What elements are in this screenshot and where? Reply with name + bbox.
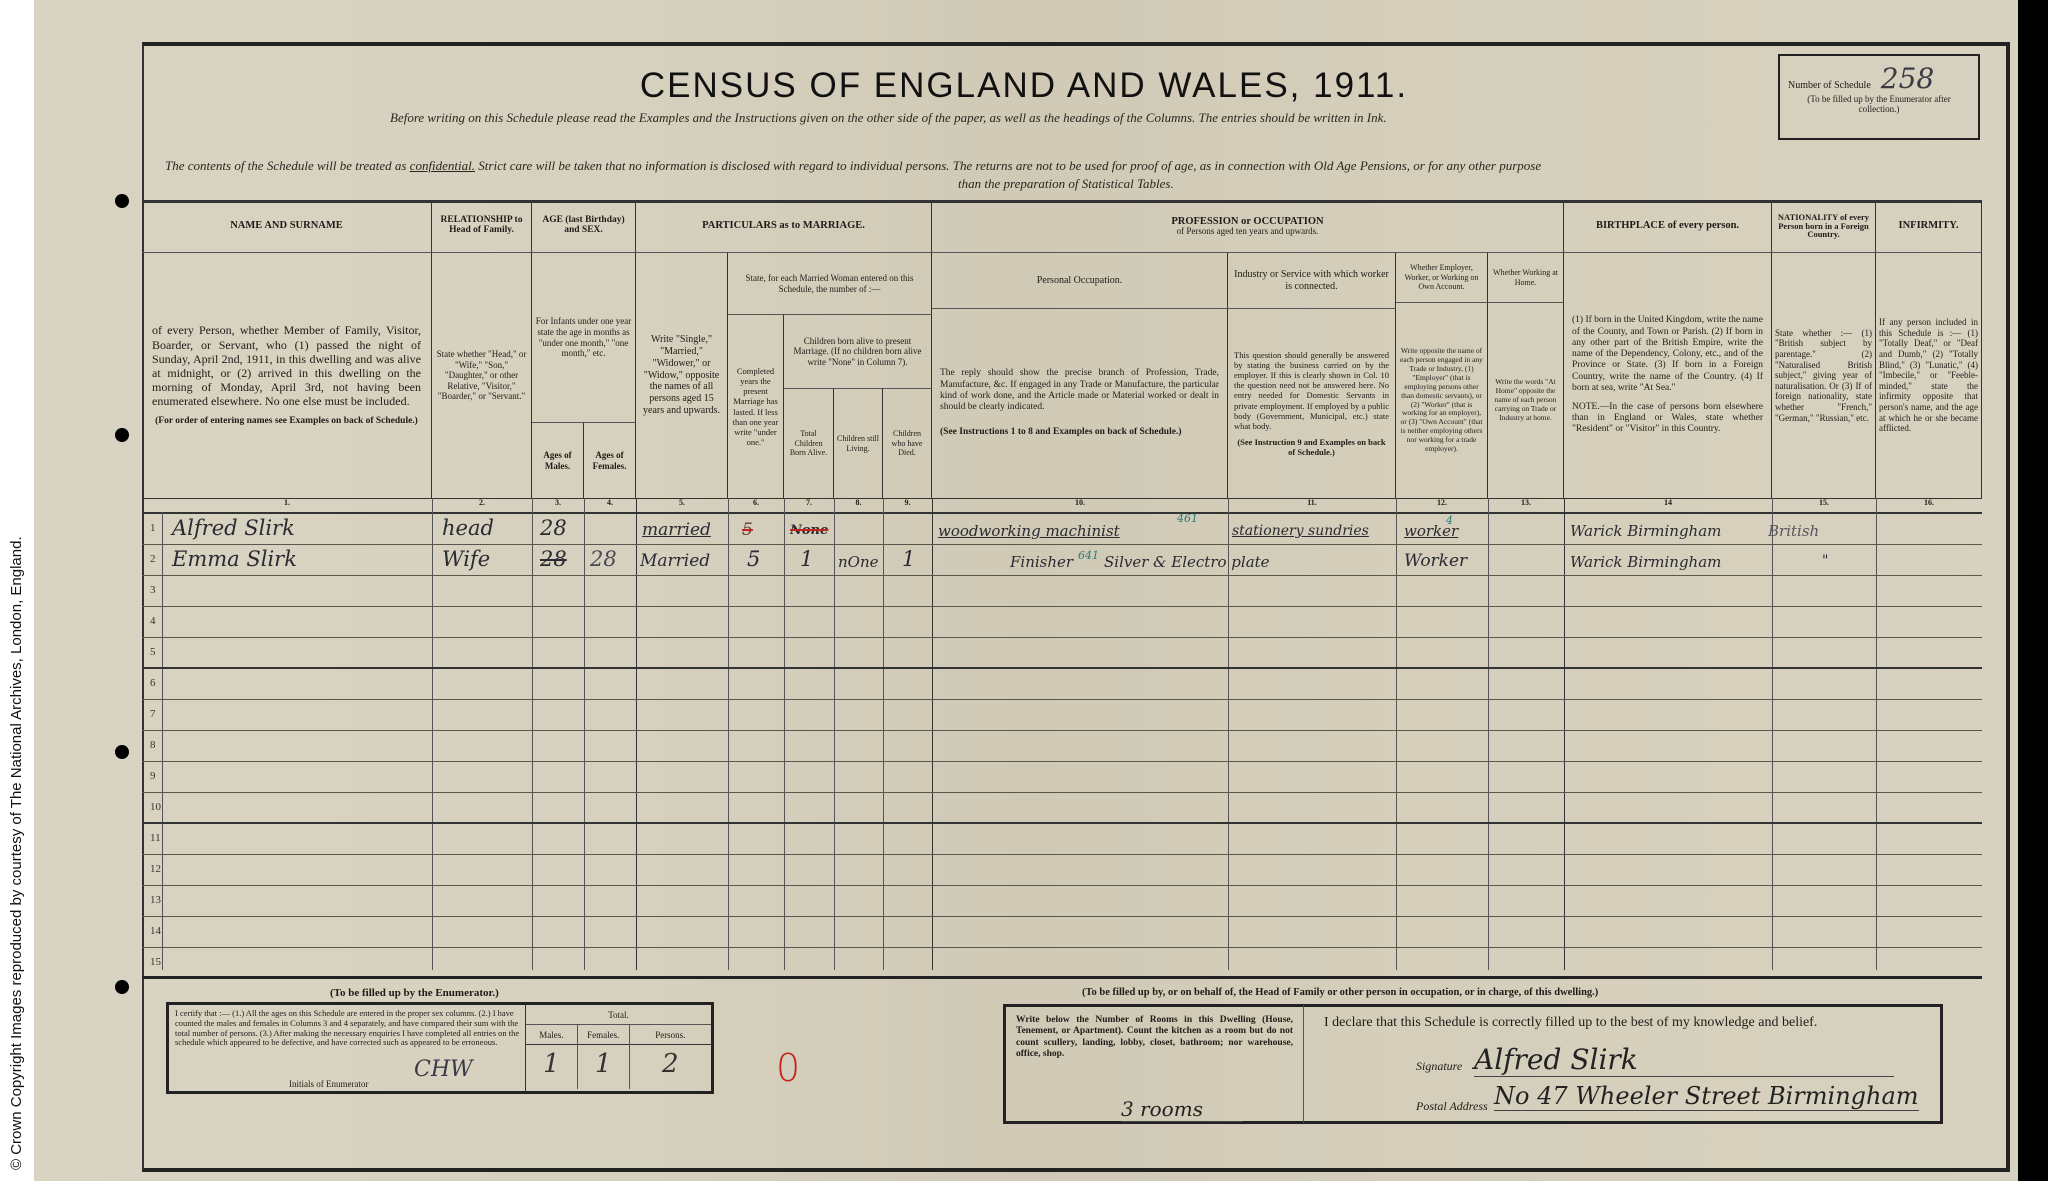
children-died-header: Children who have Died.	[883, 388, 932, 498]
personal-occupation: Finisher	[1010, 553, 1073, 571]
column-number: 8.	[834, 498, 883, 512]
header-relationship: RELATIONSHIP to Head of Family.	[432, 200, 532, 252]
person-name: Emma Slirk	[172, 547, 297, 571]
row-number: 11	[150, 832, 161, 844]
confidential-word: confidential.	[410, 158, 475, 173]
table-row: 10	[142, 793, 1982, 824]
household-table: NAME AND SURNAME RELATIONSHIP to Head of…	[142, 200, 1982, 970]
children-header: Children born alive to present Marriage.…	[784, 314, 932, 388]
table-row: 12	[142, 855, 1982, 886]
row-number: 15	[150, 956, 161, 968]
relationship-instructions: State whether "Head," or "Wife," "Son," …	[432, 252, 532, 498]
table-row: 5	[142, 638, 1982, 669]
marital-status: married	[642, 520, 711, 540]
column-number: 2.	[432, 498, 532, 512]
copyright-notice: © Crown Copyright Images reproduced by c…	[8, 536, 25, 1170]
enumerator-initials: CHW	[414, 1057, 473, 1082]
industry-header: Industry or Service with which worker is…	[1228, 252, 1396, 308]
row-number: 2	[150, 553, 156, 565]
header-infirmity: INFIRMITY.	[1876, 200, 1982, 252]
confidential-rest: Strict care will be taken that no inform…	[478, 158, 1541, 173]
ages-females-header: Ages of Females.	[584, 422, 636, 498]
signature-value: Alfred Slirk	[1474, 1043, 1894, 1077]
relationship: head	[442, 516, 494, 540]
industry-note: (See Instruction 9 and Examples on back …	[1234, 437, 1389, 457]
children-died: 1	[902, 547, 915, 571]
infirmity-instructions: If any person included in this Schedule …	[1876, 252, 1982, 498]
header-birthplace: BIRTHPLACE of every person.	[1564, 200, 1772, 252]
table-row: 14	[142, 917, 1982, 948]
row-number: 6	[150, 677, 156, 689]
name-note: (For order of entering names see Example…	[152, 416, 421, 427]
total-females-label: Females.	[578, 1025, 629, 1045]
enumerator-caption: (To be filled up by the Enumerator.)	[330, 987, 499, 999]
table-row: 8	[142, 731, 1982, 762]
column-number: 3.	[532, 498, 584, 512]
occupation-code: 461	[1177, 512, 1198, 525]
employment-status: Worker	[1404, 551, 1467, 571]
row-number: 13	[150, 894, 161, 906]
total-males-value: 1	[526, 1045, 577, 1083]
row-number: 3	[150, 584, 156, 596]
row-number: 14	[150, 925, 161, 937]
declaration-box: I declare that this Schedule is correctl…	[1303, 1004, 1943, 1124]
row-number: 1	[150, 522, 156, 534]
occupation-subtitle: of Persons aged ten years and upwards.	[1177, 227, 1319, 236]
row-number: 4	[150, 615, 156, 627]
total-females-value: 1	[578, 1045, 629, 1083]
column-number: 9.	[883, 498, 932, 512]
ages-males-header: Ages of Males.	[532, 422, 584, 498]
working-at-home-header: Whether Working at Home.	[1488, 252, 1564, 302]
total-males-label: Males.	[526, 1025, 577, 1045]
punch-hole-icon	[115, 428, 129, 442]
enumerator-certification-box: I certify that :— (1.) All the ages on t…	[166, 1002, 714, 1094]
header-marriage: PARTICULARS as to MARRIAGE.	[636, 200, 932, 252]
schedule-number-note: (To be filled up by the Enumerator after…	[1788, 95, 1970, 115]
postal-address-value: No 47 Wheeler Street Birmingham	[1494, 1082, 1919, 1111]
column-number: 5.	[636, 498, 728, 512]
industry-desc: This question should generally be answer…	[1234, 350, 1389, 430]
column-number: 16.	[1876, 498, 1982, 512]
column-number: 1.	[142, 498, 432, 512]
totals-table: Total. Males. 1 Females. 1 Persons. 2	[525, 1005, 711, 1091]
personal-occupation-note: (See Instructions 1 to 8 and Examples on…	[940, 427, 1219, 438]
row-number: 5	[150, 646, 156, 658]
enumerator-initials-label: Initials of Enumerator	[289, 1079, 368, 1089]
marriage-years-header: Completed years the present Marriage has…	[728, 314, 784, 498]
row-number: 12	[150, 863, 161, 875]
row-number: 9	[150, 770, 156, 782]
punch-hole-icon	[115, 194, 129, 208]
copyright-strip: © Crown Copyright Images reproduced by c…	[0, 0, 34, 1181]
rooms-count: 3 rooms	[1121, 1097, 1243, 1122]
declaration-text: I declare that this Schedule is correctl…	[1324, 1015, 1817, 1031]
nationality: "	[1822, 553, 1828, 569]
column-number: 7.	[784, 498, 834, 512]
age-male: 28	[540, 547, 567, 571]
column-number: 11.	[1228, 498, 1396, 512]
table-row: 6	[142, 669, 1982, 700]
column-number: 6.	[728, 498, 784, 512]
signature-label: Signature	[1416, 1059, 1462, 1074]
marriage-years: 5	[747, 547, 760, 571]
punch-hole-icon	[115, 745, 129, 759]
confidentiality-notice: The contents of the Schedule will be tre…	[165, 158, 1541, 174]
total-persons-label: Persons.	[630, 1025, 711, 1045]
total-persons-value: 2	[630, 1045, 711, 1083]
marital-status: Married	[640, 551, 710, 571]
marriage-years: 5	[742, 520, 753, 540]
name-instructions: of every Person, whether Member of Famil…	[142, 252, 432, 498]
industry: Silver & Electro plate	[1104, 553, 1270, 571]
rooms-instructions: Write below the Number of Rooms in this …	[1016, 1015, 1293, 1061]
age-female: 28	[590, 547, 617, 571]
children-total-header: Total Children Born Alive.	[784, 388, 834, 498]
table-row: 1 Alfred Slirk head 28 married 5 None wo…	[142, 514, 1982, 545]
working-at-home-instructions: Write the words "At Home" opposite the n…	[1488, 302, 1564, 498]
column-number: 12.	[1396, 498, 1488, 512]
schedule-number-box: Number of Schedule 258 (To be filled up …	[1778, 54, 1980, 140]
children-living-header: Children still Living.	[834, 388, 883, 498]
marital-status-instructions: Write "Single," "Married," "Widower," or…	[636, 252, 728, 498]
table-row: 9	[142, 762, 1982, 793]
header-age: AGE (last Birthday) and SEX.	[532, 200, 636, 252]
red-pencil-mark: 0	[776, 1046, 800, 1090]
table-row: 11	[142, 824, 1982, 855]
industry: stationery sundries	[1232, 523, 1369, 539]
form-title: CENSUS OF ENGLAND AND WALES, 1911.	[0, 66, 2048, 106]
table-row: 7	[142, 700, 1982, 731]
personal-occupation: woodworking machinist	[938, 522, 1120, 540]
employer-header: Whether Employer, Worker, or Working on …	[1396, 252, 1488, 302]
personal-occupation-header: Personal Occupation.	[932, 252, 1228, 308]
married-woman-instructions: State, for each Married Woman entered on…	[728, 252, 932, 314]
row-number: 8	[150, 739, 156, 751]
column-number: 15.	[1772, 498, 1876, 512]
confidentiality-notice-line2: than the preparation of Statistical Tabl…	[958, 176, 1174, 192]
table-row: 15	[142, 948, 1982, 979]
header-occupation: PROFESSION or OCCUPATION of Persons aged…	[932, 200, 1564, 252]
column-number: 14	[1564, 498, 1772, 512]
employment-code: 4	[1446, 514, 1453, 527]
punch-hole-icon	[115, 980, 129, 994]
confidential-prefix: The contents of the Schedule will be tre…	[165, 158, 406, 173]
table-row: 13	[142, 886, 1982, 917]
column-number: 10.	[932, 498, 1228, 512]
postal-address-label: Postal Address	[1416, 1099, 1488, 1114]
children-total: 1	[800, 547, 813, 571]
relationship: Wife	[442, 547, 490, 571]
occupation-code: 641	[1078, 549, 1099, 562]
header-name: NAME AND SURNAME	[142, 200, 432, 252]
rooms-box: Write below the Number of Rooms in this …	[1003, 1004, 1303, 1124]
row-number: 7	[150, 708, 156, 720]
age-male: 28	[540, 516, 567, 540]
person-name: Alfred Slirk	[172, 516, 295, 540]
schedule-number-value: 258	[1881, 62, 1934, 95]
nationality-instructions: State whether :— (1) "British subject by…	[1772, 252, 1876, 498]
scan-border	[2018, 0, 2048, 1181]
table-row: 3	[142, 576, 1982, 607]
birthplace-desc: (1) If born in the United Kingdom, write…	[1572, 315, 1763, 393]
column-number: 13.	[1488, 498, 1564, 512]
schedule-number-label: Number of Schedule	[1788, 80, 1871, 91]
nationality: British	[1768, 522, 1819, 540]
industry-instructions: This question should generally be answer…	[1228, 308, 1396, 498]
birthplace-instructions: (1) If born in the United Kingdom, write…	[1564, 252, 1772, 498]
row-number: 10	[150, 801, 161, 813]
totals-header: Total.	[526, 1005, 711, 1025]
table-row: 4	[142, 607, 1982, 638]
personal-occupation-desc: The reply should show the precise branch…	[940, 368, 1219, 413]
children-total: None	[790, 523, 828, 538]
column-number: 4.	[584, 498, 636, 512]
enumerator-certify-text: I certify that :— (1.) All the ages on t…	[175, 1009, 525, 1048]
name-desc: of every Person, whether Member of Famil…	[152, 323, 421, 408]
employer-instructions: Write opposite the name of each person e…	[1396, 302, 1488, 498]
age-instructions: For Infants under one year state the age…	[532, 252, 636, 422]
personal-occupation-instructions: The reply should show the precise branch…	[932, 308, 1228, 498]
birthplace: Warick Birmingham	[1570, 522, 1721, 540]
form-instructions: Before writing on this Schedule please r…	[390, 110, 1387, 126]
header-nationality: NATIONALITY of every Person born in a Fo…	[1772, 200, 1876, 252]
birthplace: Warick Birmingham	[1570, 553, 1721, 571]
children-living: nOne	[838, 553, 879, 571]
birthplace-note: NOTE.—In the case of persons born elsewh…	[1572, 402, 1763, 436]
table-row: 2 Emma Slirk Wife 28 28 Married 5 1 nOne…	[142, 545, 1982, 576]
head-of-family-caption: (To be filled up by, or on behalf of, th…	[1082, 987, 1598, 998]
